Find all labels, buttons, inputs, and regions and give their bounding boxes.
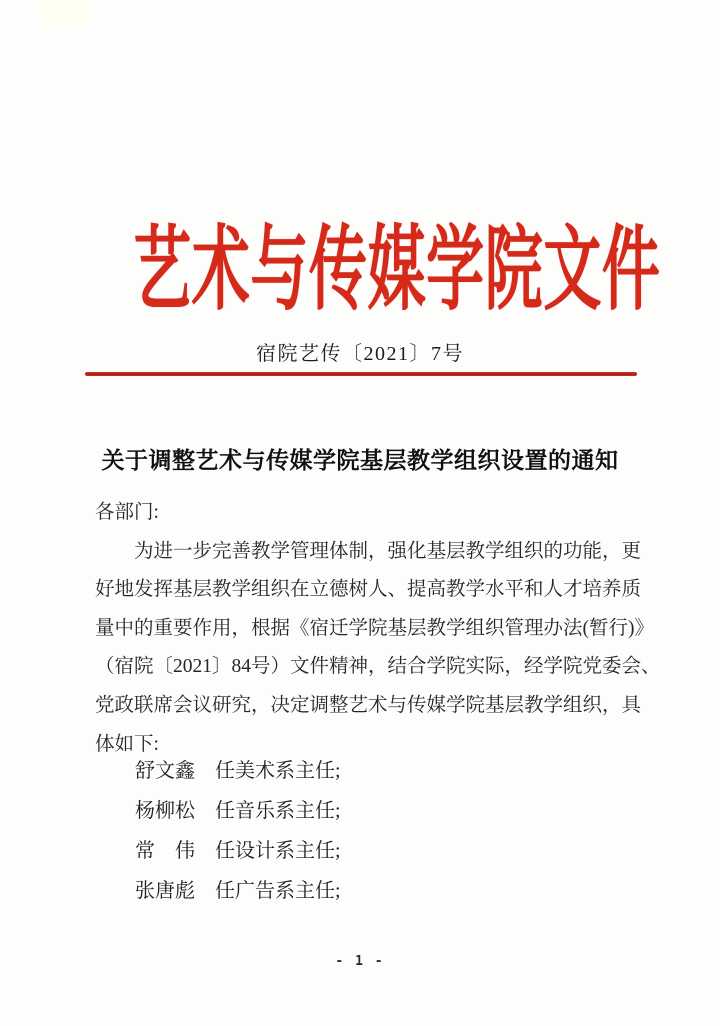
- body-line: 为进一步完善教学管理体制，强化基层教学组织的功能，更: [95, 533, 631, 572]
- appointee-assignment: 任设计系主任;: [215, 840, 341, 862]
- appointment-row: 常 伟任设计系主任;: [95, 831, 631, 871]
- appointee-assignment: 任广告系主任;: [215, 880, 341, 902]
- appointee-assignment: 任音乐系主任;: [215, 800, 341, 822]
- paper-artifact: [40, 0, 90, 25]
- document-subject-title: 关于调整艺术与传媒学院基层教学组织设置的通知: [0, 442, 720, 475]
- body-line: 量中的重要作用，根据《宿迁学院基层教学组织管理办法(暂行)》: [95, 610, 631, 649]
- body-line: （宿院〔2021〕84号）文件精神，结合学院实际，经学院党委会、: [95, 648, 631, 687]
- appointment-list: 舒文鑫任美术系主任; 杨柳松任音乐系主任; 常 伟任设计系主任; 张唐彪任广告系…: [95, 751, 631, 911]
- document-masthead-title: 艺术与传媒学院文件: [133, 218, 587, 324]
- red-divider-rule: [85, 372, 637, 376]
- page-number: - 1 -: [0, 954, 720, 969]
- body-line: 好地发挥基层教学组织在立德树人、提高教学水平和人才培养质: [95, 571, 631, 610]
- appointment-row: 杨柳松任音乐系主任;: [95, 791, 631, 831]
- salutation: 各部门:: [95, 494, 631, 533]
- document-page: 艺术与传媒学院文件 宿院艺传〔2021〕7号 关于调整艺术与传媒学院基层教学组织…: [0, 0, 720, 1026]
- document-number: 宿院艺传〔2021〕7号: [0, 337, 720, 366]
- body-line: 党政联席会议研究，决定调整艺术与传媒学院基层教学组织，具: [95, 687, 631, 726]
- appointee-name: 杨柳松: [135, 791, 195, 831]
- appointee-name: 舒文鑫: [135, 751, 195, 791]
- appointment-row: 舒文鑫任美术系主任;: [95, 751, 631, 791]
- appointment-row: 张唐彪任广告系主任;: [95, 871, 631, 911]
- document-body: 各部门: 为进一步完善教学管理体制，强化基层教学组织的功能，更 好地发挥基层教学…: [95, 494, 631, 764]
- appointee-name: 常 伟: [135, 831, 195, 871]
- appointee-name: 张唐彪: [135, 871, 195, 911]
- appointee-assignment: 任美术系主任;: [215, 760, 341, 782]
